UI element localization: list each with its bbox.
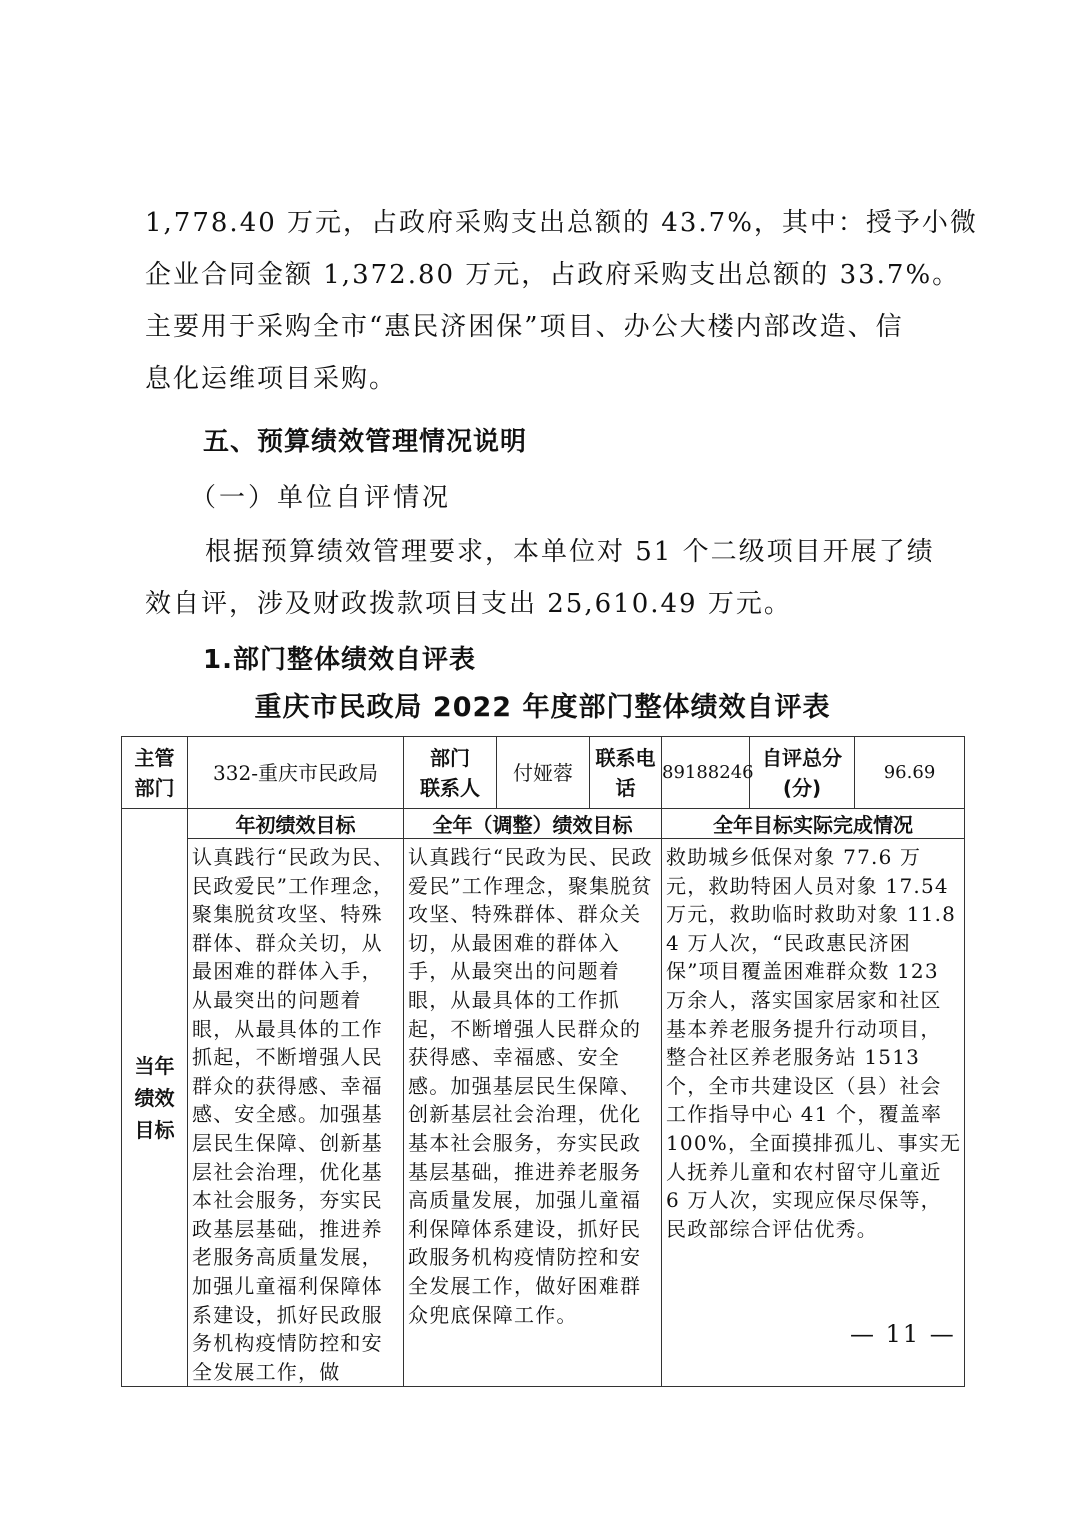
contact-value-cell: 付娅蓉 (497, 737, 590, 809)
row-label-cell: 当年 绩效 目标 (122, 809, 188, 1387)
contact-label-line: 联系人 (404, 773, 496, 803)
column-header-adjusted-goal: 全年（调整）绩效目标 (404, 809, 662, 839)
paragraph-line: 1,778.40 万元，占政府采购支出总额的 43.7%，其中：授予小微 (145, 197, 945, 249)
dept-value-cell: 332-重庆市民政局 (188, 737, 404, 809)
score-value-cell: 96.69 (855, 737, 965, 809)
subsection-heading: （一）单位自评情况 (190, 478, 451, 518)
contact-label-line: 部门 (404, 743, 496, 773)
initial-goal-cell: 认真践行“民政为民、民政爱民”工作理念，聚集脱贫攻坚、特殊群体、群众关切，从最困… (188, 839, 404, 1387)
paragraph-line: 息化运维项目采购。 (145, 353, 945, 405)
contact-label-cell: 部门 联系人 (404, 737, 497, 809)
goals-row: 认真践行“民政为民、民政爱民”工作理念，聚集脱贫攻坚、特殊群体、群众关切，从最困… (122, 839, 965, 1387)
table-title: 重庆市民政局 2022 年度部门整体绩效自评表 (0, 688, 1075, 728)
section-heading: 五、预算绩效管理情况说明 (203, 422, 527, 462)
actual-completion-cell: 救助城乡低保对象 77.6 万元，救助特困人员对象 17.54 万元，救助临时救… (662, 839, 965, 1387)
column-header-actual-completion: 全年目标实际完成情况 (662, 809, 965, 839)
paragraph-line: 企业合同金额 1,372.80 万元，占政府采购支出总额的 33.7%。 (145, 249, 945, 301)
row-label-line: 绩效 (122, 1082, 187, 1114)
paragraph-line: 主要用于采购全市“惠民济困保”项目、办公大楼内部改造、信 (145, 301, 945, 353)
performance-eval-table: 主管 部门 332-重庆市民政局 部门 联系人 付娅蓉 联系电 话 891882… (121, 736, 965, 1387)
score-label-cell: 自评总分 (分) (750, 737, 855, 809)
phone-value-cell: 89188246 (662, 737, 750, 809)
column-header-initial-goal: 年初绩效目标 (188, 809, 404, 839)
table-header-row: 主管 部门 332-重庆市民政局 部门 联系人 付娅蓉 联系电 话 891882… (122, 737, 965, 809)
phone-label-line: 联系电 (590, 743, 661, 773)
self-eval-paragraph: 根据预算绩效管理要求，本单位对 51 个二级项目开展了绩 效自评，涉及财政拨款项… (145, 526, 945, 630)
adjusted-goal-cell: 认真践行“民政为民、民政爱民”工作理念，聚集脱贫攻坚、特殊群体、群众关切，从最困… (404, 839, 662, 1387)
column-header-row: 当年 绩效 目标 年初绩效目标 全年（调整）绩效目标 全年目标实际完成情况 (122, 809, 965, 839)
row-label-line: 当年 (122, 1050, 187, 1082)
score-label-line: 自评总分 (750, 743, 854, 773)
dept-label-line: 主管 (122, 743, 187, 773)
phone-label-line: 话 (590, 773, 661, 803)
paragraph-line: 根据预算绩效管理要求，本单位对 51 个二级项目开展了绩 (145, 526, 945, 578)
paragraph-line: 效自评，涉及财政拨款项目支出 25,610.49 万元。 (145, 578, 945, 630)
intro-paragraph: 1,778.40 万元，占政府采购支出总额的 43.7%，其中：授予小微 企业合… (145, 197, 945, 405)
row-label-line: 目标 (122, 1114, 187, 1146)
item-heading: 1.部门整体绩效自评表 (203, 640, 476, 680)
dept-label-line: 部门 (122, 773, 187, 803)
page-number: — 11 — (850, 1320, 956, 1348)
score-label-line: (分) (750, 773, 854, 803)
dept-label-cell: 主管 部门 (122, 737, 188, 809)
phone-label-cell: 联系电 话 (590, 737, 662, 809)
